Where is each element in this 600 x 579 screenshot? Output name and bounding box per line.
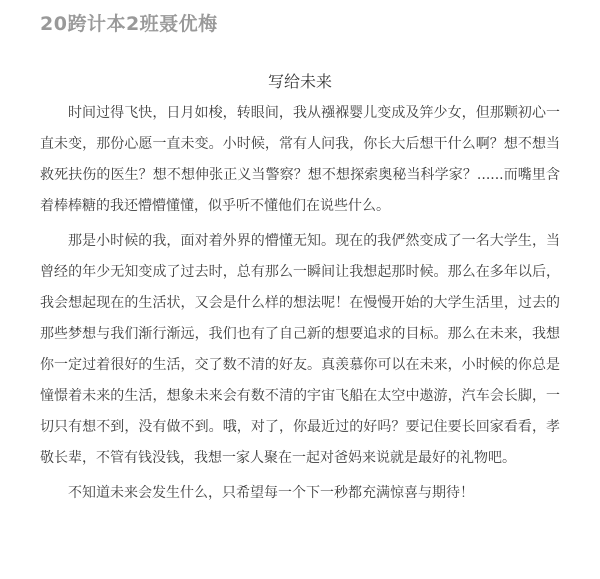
document-page: 20跨计本2班聂优梅 写给未来 时间过得飞快，日月如梭，转眼间，我从襁褓婴儿变成…: [0, 0, 600, 579]
essay-paragraph-2: 那是小时候的我，面对着外界的懵懂无知。现在的我俨然变成了一名大学生，当曾经的年少…: [40, 226, 560, 474]
essay-paragraph-1: 时间过得飞快，日月如梭，转眼间，我从襁褓婴儿变成及笄少女，但那颗初心一直未变，那…: [40, 98, 560, 222]
essay-body: 时间过得飞快，日月如梭，转眼间，我从襁褓婴儿变成及笄少女，但那颗初心一直未变，那…: [40, 98, 560, 509]
essay-paragraph-3: 不知道未来会发生什么，只希望每一个下一秒都充满惊喜与期待！: [40, 478, 560, 509]
student-name-header: 20跨计本2班聂优梅: [40, 12, 560, 36]
essay-title: 写给未来: [40, 72, 560, 92]
